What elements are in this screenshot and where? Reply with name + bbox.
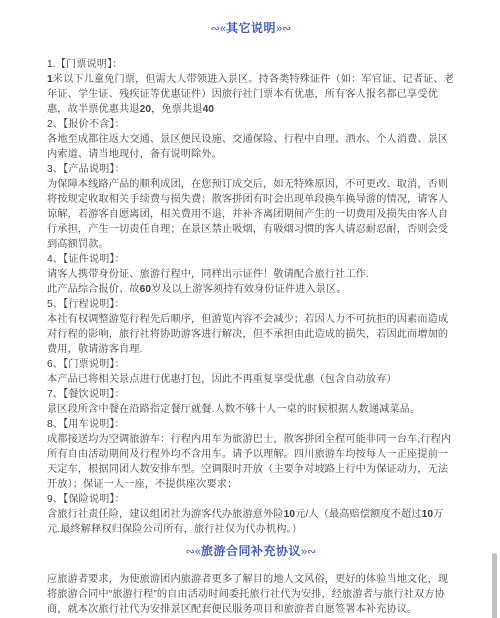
note-item-body: 1米以下儿童免门票，但需大人带领进入景区。持各类特殊证件（如：军官证、记者证、老…: [47, 72, 455, 117]
note-item-body: 本社有权调整游览行程先后顺序，但游览内容不会减少；若因人力不可抗拒的因素而造成对…: [47, 312, 455, 357]
note-item-price-excludes: 2、【报价不含】： 各地至成都往返大交通、景区便民设施、交通保险、行程中自理、酒…: [47, 117, 455, 162]
supplement-paragraph: 应旅游者要求，为使旅游团内旅游者更多了解目的地人文风俗，更好的体验当地文化，现将…: [47, 572, 455, 617]
note-item-itinerary: 5、【行程说明】： 本社有权调整游览行程先后顺序，但游览内容不会减少；若因人力不…: [47, 297, 455, 357]
note-item-body: 请客人携带身份证、旅游行程中，同样出示证件！敬请配合旅行社工作.: [47, 267, 455, 282]
note-item-vehicle: 8、【用车说明】： 成都接送均为空调旅游车：行程内用车为旅游巴士，散客拼团全程可…: [47, 417, 455, 492]
note-item-tickets-bundle: 6、【门票说明】： 本产品已将相关景点进行优惠打包，因此不再重复享受优惠（包含自…: [47, 357, 455, 387]
note-item-label: 6、【门票说明】：: [47, 357, 455, 372]
notes-list: 1.【门票说明】： 1米以下儿童免门票，但需大人带领进入景区。持各类特殊证件（如…: [47, 57, 455, 537]
note-item-label: 8、【用车说明】：: [47, 417, 455, 432]
note-item-body: 成都接送均为空调旅游车：行程内用车为旅游巴士，散客拼团全程可能非同一台车,行程内…: [47, 432, 455, 492]
note-item-body: 此产品综合报价、故60岁及以上游客须持有效身份证件进入景区。: [47, 282, 455, 297]
note-item-body: 各地至成都往返大交通、景区便民设施、交通保险、行程中自理、酒水、个人消费、景区内…: [47, 132, 455, 162]
note-item-label: 1.【门票说明】：: [47, 57, 455, 72]
vertical-scrollbar-thumb[interactable]: [492, 553, 497, 618]
note-item-insurance: 9、【保险说明】： 含旅行社责任险，建议组团社为游客代办旅游意外险10元/人（最…: [47, 492, 455, 537]
section-title-supplement-agreement: ∾«旅游合同补充协议»∾: [47, 544, 455, 559]
title-ornament-right: »∾: [301, 546, 316, 558]
note-item-label: 4、【证件说明】：: [47, 252, 455, 267]
note-item-label: 5、【行程说明】：: [47, 297, 455, 312]
section-title-other-notes: ∾«其它说明»∾: [47, 21, 455, 36]
section-title-text: 其它说明: [226, 21, 276, 35]
note-item-label: 9、【保险说明】：: [47, 492, 455, 507]
title-ornament-right: »∾: [276, 23, 291, 35]
note-item-tickets: 1.【门票说明】： 1米以下儿童免门票，但需大人带领进入景区。持各类特殊证件（如…: [47, 57, 455, 117]
note-item-label: 3、【产品说明】：: [47, 162, 455, 177]
note-item-documents: 4、【证件说明】： 请客人携带身份证、旅游行程中，同样出示证件！敬请配合旅行社工…: [47, 252, 455, 297]
note-item-label: 2、【报价不含】：: [47, 117, 455, 132]
note-item-body: 本产品已将相关景点进行优惠打包，因此不再重复享受优惠（包含自动放弃）: [47, 372, 455, 387]
note-item-product: 3、【产品说明】： 为保障本线路产品的顺利成团，在您预订成交后，如无特殊原因，不…: [47, 162, 455, 252]
note-item-label: 7、【餐饮说明】：: [47, 387, 455, 402]
note-item-body: 含旅行社责任险，建议组团社为游客代办旅游意外险10元/人（最高赔偿额度不超过10…: [47, 507, 455, 537]
section-title-text: 旅游合同补充协议: [201, 544, 301, 558]
title-ornament-left: ∾«: [211, 23, 226, 35]
note-item-meals: 7、【餐饮说明】： 景区段所含中餐在沿路指定餐厅就餐.人数不够十人一桌的时候根据…: [47, 387, 455, 417]
document-page: ∾«其它说明»∾ 1.【门票说明】： 1米以下儿童免门票，但需大人带领进入景区。…: [0, 0, 500, 618]
note-item-body: 为保障本线路产品的顺利成团，在您预订成交后，如无特殊原因，不可更改、取消，否则将…: [47, 177, 455, 252]
title-ornament-left: ∾«: [186, 546, 201, 558]
note-item-body: 景区段所含中餐在沿路指定餐厅就餐.人数不够十人一桌的时候根据人数递减菜品。: [47, 402, 455, 417]
